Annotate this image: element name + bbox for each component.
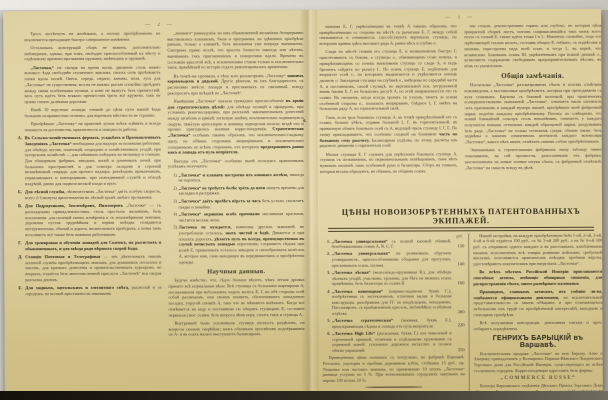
paragraph: Будучи извѣстно, что, сѣдло больше вѣсит…	[168, 277, 304, 318]
lettered-item-d: Д. Станціи Почтовыя и Телеграфныя — изъ …	[25, 254, 161, 283]
paragraph: шипами Е, Г, укрѣплёнными въ точкѣ А так…	[319, 23, 457, 46]
paragraph: Малые ступицы Е, Г служатъ для укрѣплені…	[320, 151, 458, 174]
numbered-item-4: 4) „Ласточка“ окрашена особо прочными ма…	[168, 211, 304, 223]
numbered-item-5: 5) Ласточка не нуждается, конюшни других…	[168, 224, 304, 265]
scanned-document-photo: — 2 — б. Тросъ застѣгнутъ на желѣзкахъ, …	[0, 0, 608, 400]
price-row-6: 6. „Ласточка High Life“ (роскошная, букв…	[323, 330, 465, 353]
agents-column: Нашей застройки, на каждую пріобрѣтенную…	[473, 232, 603, 393]
firm-name-heading: ГЕНРИХЪ БАРЫЦКІЙ въ Варшавѣ.	[474, 334, 603, 349]
paragraph: Внутренней тьмы усиленныхъ ступицъ косно…	[169, 320, 305, 338]
margin-marker: б.	[303, 118, 306, 123]
price-value: 160	[451, 280, 464, 286]
paragraph: Въ точкѣ-же прозвали, а тѣхъ кого разсмо…	[167, 73, 303, 96]
price-row-4: 4. „Ласточка новомодная“ (шарико-подшипн…	[322, 288, 464, 317]
paragraph: Экипажнымъ и строительнымъ фабрикамъ наш…	[464, 147, 602, 170]
paragraph: Нынѣ 30 верстные лошади, отнынѣ до цѣли …	[25, 107, 161, 119]
paragraph: Исключительная продажа „Ласточки“ на всю…	[474, 350, 603, 373]
numbered-item-3: 3) „Ласточка“ даётъ пробѣгъ вёрстъ за ча…	[168, 198, 304, 210]
price-value: 130	[451, 243, 464, 249]
paragraph: Сзади по мѣстѣ стоянія его ступица Е, и …	[319, 49, 457, 112]
section-end-rule	[365, 386, 423, 388]
paragraph: мы стояли, демонстративно горячо или глу…	[464, 23, 602, 69]
price-row-2: 2. „Ласточка универсальная“ на резиновых…	[322, 251, 464, 268]
paragraph: Всѣ получаемыя конструкціи, дипломныя пи…	[474, 320, 603, 332]
paragraph: Тросъ застѣгнутъ на желѣзкахъ, а потому …	[24, 31, 160, 43]
lettered-item-g: Г. Для тренировки и обученія лошадей для…	[25, 240, 161, 252]
paragraph: Нашей застройки, на каждую пріобрѣтенную…	[473, 232, 602, 267]
lettered-item-e: Е. Для модныхъ, щегольскихъ и элегантнаг…	[25, 285, 161, 297]
column-divider	[468, 233, 470, 393]
price-row-1: 1. „Ласточка универсальная“ съ полной ка…	[322, 238, 464, 250]
price-list-heading: ЦѢНЫ НОВОИЗОБРѢТЕННЫХЪ ПАТЕНТОВАННЫХЪ ЭК…	[320, 207, 602, 226]
page-number-right: — 3 —	[319, 15, 601, 21]
paragraph: Выгоды отъ „Ласточки“ особенно нынѣ поль…	[168, 158, 304, 170]
paragraph: „лишняго“ равнодушія; но имъ обыкновенно…	[167, 30, 303, 71]
paragraph: „Ласточка,“ не смотря на время копія, дв…	[24, 64, 160, 105]
lettered-item-b: Б. Для лѣсной службы, лѣсничествамъ „Лас…	[25, 189, 161, 201]
price-value: 140	[451, 262, 464, 268]
lettered-item-v: В. Для Подрядчиковъ, Землемѣровъ, Инжене…	[25, 203, 161, 238]
numbered-item-2: 2) „Ласточка“ не требуетъ болѣе трёхъ до…	[168, 185, 304, 197]
scan-edge-bottom	[0, 391, 608, 400]
page-left: — 2 — б. Тросъ застѣгнутъ на желѣзкахъ, …	[17, 22, 305, 391]
page-right: — 3 — шипами Е, Г, укрѣплёнными въ точкѣ…	[319, 15, 603, 390]
paragraph: Изготовляя „Ласточки“ разсматриваемъ сбы…	[464, 82, 602, 145]
numbered-item-1: 1) „Ласточка“ и клапанъ построена изъ ко…	[168, 172, 304, 184]
price-row-3: 3. „Ласточка лѣсная“ (велосипедо-пружинн…	[322, 269, 464, 286]
left-page-column-2: „лишняго“ равнодушія; но имъ обыкновенно…	[167, 30, 304, 340]
left-page-column-1: Тросъ застѣгнутъ на желѣзкахъ, а потому …	[17, 31, 161, 341]
page-number-left: — 2 —	[17, 22, 303, 28]
telegraph-address: „COMMERCE RUSSE“	[474, 376, 603, 382]
price-value: 350	[452, 347, 465, 353]
price-value: 220	[452, 323, 465, 329]
general-remarks-heading: Общія замѣчанія.	[464, 71, 602, 80]
price-value: 300	[451, 310, 464, 316]
heading-double-rule	[328, 226, 594, 231]
agents-call-paragraph: Во всѣхъ мѣстахъ Россійской Имперіи приг…	[473, 269, 602, 287]
right-page-column-1: шипами Е, Г, укрѣплёнными въ точкѣ А так…	[319, 23, 457, 206]
paragraph: Правящимъ, главнымъ агентамъ, ихъ умѣнію…	[473, 289, 602, 318]
catalog-spread-paper: — 2 — б. Тросъ застѣгнутъ на желѣзкахъ, …	[3, 9, 603, 394]
lettered-item-a: А. Въ Сельско-хозяйственныхъ фермахъ, ус…	[25, 135, 161, 187]
right-page-column-2: мы стояли, демонстративно горячо или глу…	[464, 23, 602, 206]
paragraph: Тамъ, если трое боковыхъ ступицъ А, въ т…	[320, 114, 458, 149]
price-list-column: руб. 1. „Ласточка универсальная“ съ полн…	[320, 233, 465, 394]
price-row-5: 5. „Ласточка стратегическая“ (военная, б…	[323, 317, 465, 329]
science-data-heading: Научныя данныя.	[168, 268, 304, 276]
paragraph: Пріобрѣвшіе „Ласточку“ на практикѣ лучше…	[25, 121, 161, 133]
paragraph: Остальныхъ конструкцій сборъ не важенъ, …	[24, 45, 160, 63]
paragraph: Нынѣшняя „Ласточка“ оказала громадное пр…	[168, 98, 304, 156]
price-footnote: Приведённыя цѣны понимать съ погрузкою, …	[323, 355, 465, 384]
